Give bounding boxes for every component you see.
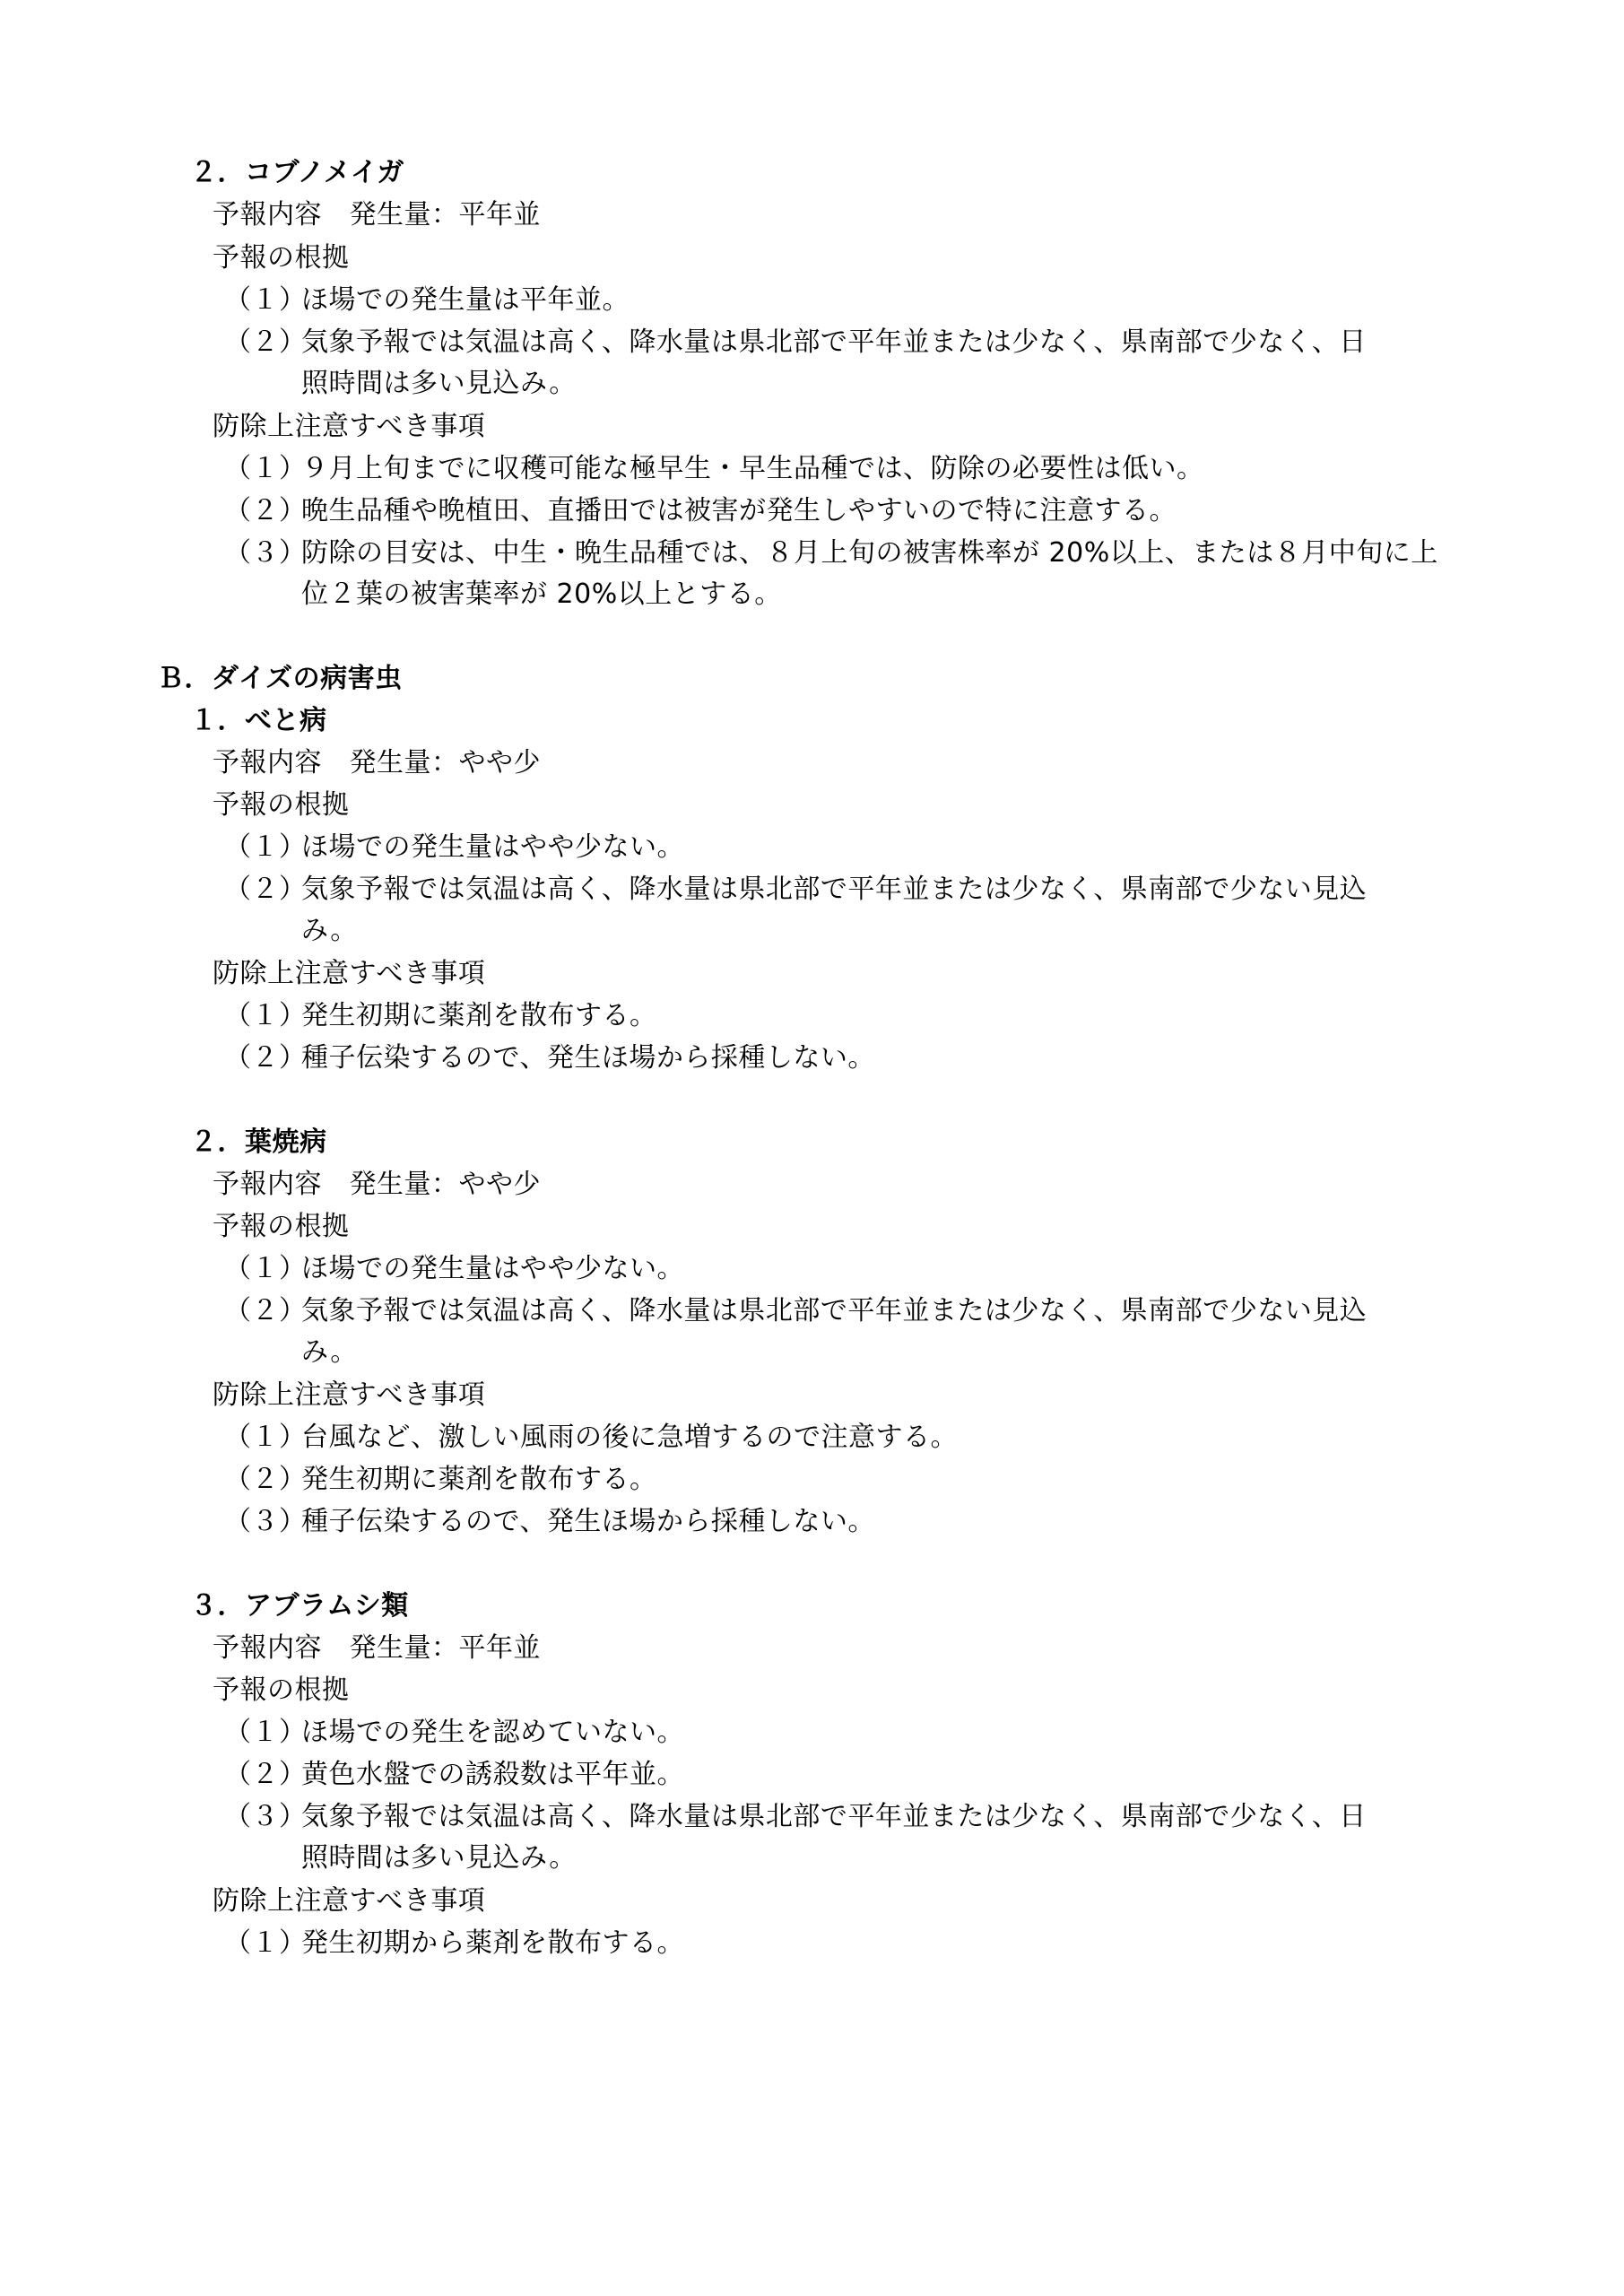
- item-text-continuation: 照時間は多い見込み。: [301, 1840, 577, 1876]
- control-title: 防除上注意すべき事項: [213, 1883, 485, 1919]
- item-number: （２）: [224, 872, 301, 908]
- basis-title: 予報の根拠: [213, 240, 350, 276]
- basis-item: （１）ほ場での発生を認めていない。: [224, 1715, 684, 1751]
- item-text: 気象予報では気温は高く、降水量は県北部で平年並または少なく、県南部で少なく、日: [301, 1801, 1367, 1832]
- item-text: 黄色水盤での誘殺数は平年並。: [301, 1759, 684, 1790]
- major-heading-soybean: Ｂ．ダイズの病害虫: [157, 661, 403, 697]
- item-text: 防除の目安は、中生・晩生品種では、８月上旬の被害株率が 20%以上、または８月中…: [301, 537, 1438, 569]
- item-number: （２）: [224, 1757, 301, 1793]
- control-title: 防除上注意すべき事項: [213, 1378, 485, 1413]
- basis-item: （２）気象予報では気温は高く、降水量は県北部で平年並または少なく、県南部で少ない…: [224, 872, 1367, 908]
- control-item: （１）発生初期に薬剤を散布する。: [224, 998, 657, 1034]
- section-heading-betobyo: １．べと病: [190, 703, 327, 739]
- control-item: （２）発生初期に薬剤を散布する。: [224, 1462, 657, 1498]
- control-title: 防除上注意すべき事項: [213, 409, 485, 445]
- item-number: （１）: [224, 1926, 301, 1961]
- basis-item: （１）ほ場での発生量は平年並。: [224, 283, 630, 318]
- item-text: 種子伝染するので、発生ほ場から採種しない。: [301, 1042, 875, 1074]
- basis-item: （１）ほ場での発生量はやや少ない。: [224, 830, 684, 865]
- basis-item: （２）黄色水盤での誘殺数は平年並。: [224, 1757, 684, 1793]
- item-text: 台風など、激しい風雨の後に急増するので注意する。: [301, 1422, 958, 1453]
- item-text: 発生初期に薬剤を散布する。: [301, 1000, 657, 1031]
- item-number: （１）: [224, 1420, 301, 1456]
- item-text: 種子伝染するので、発生ほ場から採種しない。: [301, 1506, 875, 1537]
- item-number: （３）: [224, 1504, 301, 1540]
- control-item: （１）発生初期から薬剤を散布する。: [224, 1926, 684, 1961]
- control-item: （１）台風など、激しい風雨の後に急増するので注意する。: [224, 1420, 958, 1456]
- item-text: ほ場での発生量は平年並。: [301, 284, 630, 316]
- control-item: （２）種子伝染するので、発生ほ場から採種しない。: [224, 1040, 875, 1076]
- item-text-continuation: み。: [301, 1335, 358, 1370]
- document-page: ２．コブノメイガ 予報内容 発生量：平年並 予報の根拠 （１）ほ場での発生量は平…: [0, 0, 1624, 2296]
- item-number: （１）: [224, 1715, 301, 1751]
- control-item: （３）防除の目安は、中生・晩生品種では、８月上旬の被害株率が 20%以上、または…: [224, 535, 1438, 571]
- basis-item: （２）気象予報では気温は高く、降水量は県北部で平年並または少なく、県南部で少なく…: [224, 325, 1367, 361]
- item-text-continuation: 照時間は多い見込み。: [301, 366, 577, 402]
- item-text: 気象予報では気温は高く、降水量は県北部で平年並または少なく、県南部で少ない見込: [301, 874, 1367, 905]
- item-text: 気象予報では気温は高く、降水量は県北部で平年並または少なく、県南部で少なく、日: [301, 326, 1367, 358]
- item-text: 発生初期に薬剤を散布する。: [301, 1464, 657, 1495]
- control-item: （１）９月上旬までに収穫可能な極早生・早生品種では、防除の必要性は低い。: [224, 451, 1204, 487]
- basis-item: （１）ほ場での発生量はやや少ない。: [224, 1251, 684, 1287]
- section-heading-aburamushi: ３．アブラムシ類: [190, 1588, 409, 1624]
- item-number: （１）: [224, 1251, 301, 1287]
- section-heading-kobunomeiga: ２．コブノメイガ: [190, 155, 404, 191]
- item-number: （１）: [224, 830, 301, 865]
- forecast-content: 予報内容 発生量：やや少: [213, 1167, 541, 1203]
- item-text-continuation: み。: [301, 913, 358, 949]
- forecast-content: 予報内容 発生量：平年並: [213, 197, 541, 233]
- control-item: （３）種子伝染するので、発生ほ場から採種しない。: [224, 1504, 875, 1540]
- item-text: 晩生品種や晩植田、直播田では被害が発生しやすいので特に注意する。: [301, 495, 1177, 526]
- item-number: （３）: [224, 1799, 301, 1835]
- basis-title: 予報の根拠: [213, 1209, 350, 1245]
- item-text: ほ場での発生を認めていない。: [301, 1717, 684, 1748]
- forecast-content: 予報内容 発生量：平年並: [213, 1631, 541, 1666]
- item-number: （２）: [224, 1293, 301, 1329]
- basis-title: 予報の根拠: [213, 1673, 350, 1709]
- control-title: 防除上注意すべき事項: [213, 956, 485, 992]
- basis-title: 予報の根拠: [213, 787, 350, 823]
- item-text: ほ場での発生量はやや少ない。: [301, 1253, 684, 1284]
- item-text: 発生初期から薬剤を散布する。: [301, 1927, 684, 1959]
- control-item: （２）晩生品種や晩植田、直播田では被害が発生しやすいので特に注意する。: [224, 493, 1177, 529]
- item-text: ９月上旬までに収穫可能な極早生・早生品種では、防除の必要性は低い。: [301, 453, 1204, 484]
- section-heading-hayakebyo: ２．葉焼病: [190, 1125, 327, 1161]
- item-number: （２）: [224, 1462, 301, 1498]
- item-text-continuation: 位２葉の被害葉率が 20%以上とする。: [301, 577, 782, 613]
- item-number: （３）: [224, 535, 301, 571]
- item-number: （２）: [224, 1040, 301, 1076]
- item-text: 気象予報では気温は高く、降水量は県北部で平年並または少なく、県南部で少ない見込: [301, 1295, 1367, 1326]
- item-text: ほ場での発生量はやや少ない。: [301, 831, 684, 863]
- item-number: （１）: [224, 998, 301, 1034]
- forecast-content: 予報内容 発生量：やや少: [213, 745, 541, 781]
- item-number: （２）: [224, 493, 301, 529]
- item-number: （１）: [224, 451, 301, 487]
- basis-item: （２）気象予報では気温は高く、降水量は県北部で平年並または少なく、県南部で少ない…: [224, 1293, 1367, 1329]
- basis-item: （３）気象予報では気温は高く、降水量は県北部で平年並または少なく、県南部で少なく…: [224, 1799, 1367, 1835]
- item-number: （２）: [224, 325, 301, 361]
- item-number: （１）: [224, 283, 301, 318]
